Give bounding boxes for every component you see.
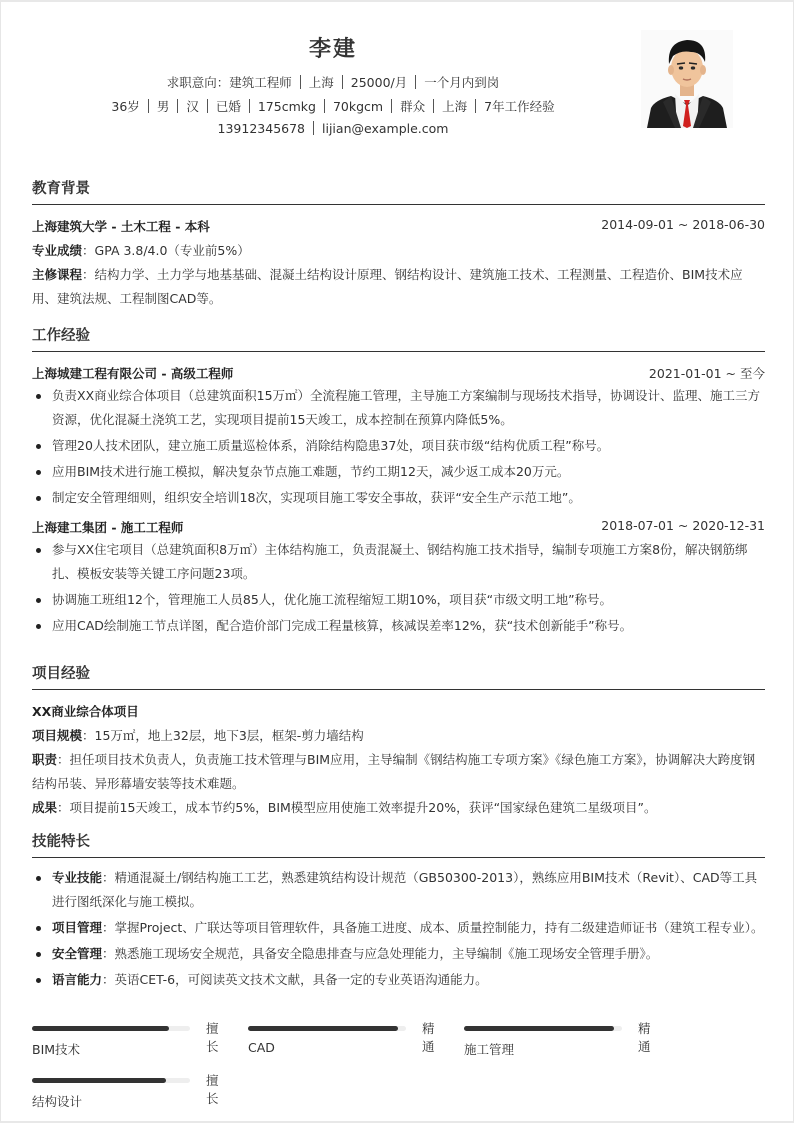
education-section: 教育背景 上海建筑大学 - 土木工程 - 本科 2014-09-01 ~ 201…	[32, 177, 765, 311]
skill-text: ：掌握Project、广联达等项目管理软件，具备施工进度、成本、质量控制能力，持…	[102, 920, 764, 935]
job-intention-line: 求职意向：建筑工程师上海25000/月一个月内到岗	[1, 73, 665, 91]
work-section: 工作经验 上海城建工程有限公司 - 高级工程师 2021-01-01 ~ 至今 …	[32, 324, 765, 640]
project-scale-line: 项目规模：15万㎡，地上32层，地下3层，框架-剪力墙结构	[32, 724, 765, 748]
divider	[207, 99, 208, 113]
age: 36岁	[111, 99, 139, 114]
skill-level: 擅长	[206, 1019, 227, 1055]
job-city: 上海	[309, 75, 334, 90]
skill-text: ：熟悉施工现场安全规范，具备安全隐患排查与应急处理能力，主导编制《施工现场安全管…	[102, 946, 658, 961]
project-result-value: ：项目提前15天竣工，成本节约5%，BIM模型应用使施工效率提升20%，获评“国…	[57, 800, 657, 815]
skill-bar-fill	[248, 1026, 398, 1031]
residence: 上海	[442, 99, 467, 114]
skills-section: 技能特长 专业技能：精通混凝土/钢结构施工工艺，熟悉建筑结构设计规范（GB503…	[32, 830, 765, 994]
list-item: 负责XX商业综合体项目（总建筑面积15万㎡）全流程施工管理，主导施工方案编制与现…	[32, 384, 765, 432]
skill-level: 擅长	[206, 1071, 227, 1107]
divider	[342, 75, 343, 89]
skill-name: CAD	[248, 1040, 275, 1055]
list-item: 语言能力：英语CET-6，可阅读英文技术文献，具备一定的专业英语沟通能力。	[32, 968, 765, 992]
job-intention: 求职意向：建筑工程师	[167, 75, 292, 90]
gpa-value: ：GPA 3.8/4.0（专业前5%）	[82, 243, 250, 258]
resume-page: 李建 求职意向：建筑工程师上海25000/月一个月内到岗 36岁男汉已婚175c…	[0, 0, 794, 1123]
gpa-line: 专业成绩：GPA 3.8/4.0（专业前5%）	[32, 239, 765, 263]
skill-level-item: 精通 CAD	[248, 1019, 443, 1067]
list-item: 管理20人技术团队，建立施工质量巡检体系，消除结构隐患37处，项目获市级“结构优…	[32, 434, 765, 458]
project-duty-label: 职责	[32, 752, 57, 767]
expected-salary: 25000/月	[351, 75, 407, 90]
list-item: 应用BIM技术进行施工模拟，解决复杂节点施工难题，节约工期12天，减少返工成本2…	[32, 460, 765, 484]
skill-bar-fill	[464, 1026, 614, 1031]
divider	[415, 75, 416, 89]
gpa-label: 专业成绩	[32, 243, 82, 258]
courses-label: 主修课程	[32, 267, 82, 282]
divider	[391, 99, 392, 113]
divider	[313, 121, 314, 135]
skill-bar	[248, 1026, 406, 1031]
phone: 13912345678	[218, 121, 305, 136]
divider	[475, 99, 476, 113]
height: 175cmkg	[258, 99, 316, 114]
divider	[433, 99, 434, 113]
skill-label: 专业技能	[52, 870, 102, 885]
skill-text: ：英语CET-6，可阅读英文技术文献，具备一定的专业英语沟通能力。	[102, 972, 488, 987]
personal-info-line: 36岁男汉已婚175cmkg70kgcm群众上海7年工作经验	[1, 97, 665, 115]
list-item: 参与XX住宅项目（总建筑面积8万㎡）主体结构施工，负责混凝土、钢结构施工技术指导…	[32, 538, 765, 586]
section-title-education: 教育背景	[32, 177, 765, 205]
avatar	[641, 30, 733, 128]
skill-label: 安全管理	[52, 946, 102, 961]
gender: 男	[157, 99, 170, 114]
marital-status: 已婚	[216, 99, 241, 114]
divider	[148, 99, 149, 113]
job-company-title: 上海建工集团 - 施工工程师	[32, 518, 183, 536]
skill-bar	[32, 1026, 190, 1031]
courses-line: 主修课程：结构力学、土力学与地基基础、混凝土结构设计原理、钢结构设计、建筑施工技…	[32, 263, 765, 311]
job-date: 2018-07-01 ~ 2020-12-31	[601, 518, 765, 536]
skill-level-item: 擅长 BIM技术	[32, 1019, 227, 1067]
skill-level-item: 擅长 结构设计	[32, 1071, 227, 1119]
skill-bar-fill	[32, 1026, 169, 1031]
skills-bullets: 专业技能：精通混凝土/钢结构施工工艺，熟悉建筑结构设计规范（GB50300-20…	[32, 866, 765, 992]
skill-name: 施工管理	[464, 1040, 514, 1058]
project-name: XX商业综合体项目	[32, 702, 139, 720]
avatar-photo-icon	[641, 30, 733, 128]
school-major-degree: 上海建筑大学 - 土木工程 - 本科	[32, 217, 210, 235]
skill-label: 语言能力	[52, 972, 102, 987]
skill-label: 项目管理	[52, 920, 102, 935]
skill-level-item: 精通 施工管理	[464, 1019, 659, 1067]
skill-bar-fill	[32, 1078, 166, 1083]
ethnicity: 汉	[186, 99, 199, 114]
job-header: 上海建工集团 - 施工工程师 2018-07-01 ~ 2020-12-31	[32, 518, 765, 536]
courses-value: ：结构力学、土力学与地基基础、混凝土结构设计原理、钢结构设计、建筑施工技术、工程…	[32, 267, 743, 306]
project-duty-value: ：担任项目技术负责人，负责施工技术管理与BIM应用，主导编制《钢结构施工专项方案…	[32, 752, 755, 791]
work-years: 7年工作经验	[484, 99, 554, 114]
list-item: 专业技能：精通混凝土/钢结构施工工艺，熟悉建筑结构设计规范（GB50300-20…	[32, 866, 765, 914]
job-company-title: 上海城建工程有限公司 - 高级工程师	[32, 364, 233, 382]
job-header: 上海城建工程有限公司 - 高级工程师 2021-01-01 ~ 至今	[32, 364, 765, 382]
section-title-projects: 项目经验	[32, 662, 765, 690]
contact-line: 13912345678lijian@example.com	[1, 121, 665, 136]
project-scale-label: 项目规模	[32, 728, 82, 743]
section-title-skills: 技能特长	[32, 830, 765, 858]
education-date: 2014-09-01 ~ 2018-06-30	[601, 217, 765, 235]
resume-header: 李建 求职意向：建筑工程师上海25000/月一个月内到岗 36岁男汉已婚175c…	[1, 2, 794, 152]
skill-bar	[464, 1026, 622, 1031]
list-item: 应用CAD绘制施工节点详图，配合造价部门完成工程量核算，核减误差率12%，获“技…	[32, 614, 765, 638]
divider	[300, 75, 301, 89]
skill-bar	[32, 1078, 190, 1083]
weight: 70kgcm	[333, 99, 383, 114]
project-duty-line: 职责：担任项目技术负责人，负责施工技术管理与BIM应用，主导编制《钢结构施工专项…	[32, 748, 765, 796]
list-item: 制定安全管理细则，组织安全培训18次，实现项目施工零安全事故，获评“安全生产示范…	[32, 486, 765, 510]
skill-level: 精通	[422, 1019, 443, 1055]
email[interactable]: lijian@example.com	[322, 121, 448, 136]
skill-name: BIM技术	[32, 1040, 80, 1058]
candidate-name: 李建	[1, 32, 665, 63]
job-bullets: 负责XX商业综合体项目（总建筑面积15万㎡）全流程施工管理，主导施工方案编制与现…	[32, 384, 765, 510]
availability: 一个月内到岗	[424, 75, 499, 90]
skill-text: ：精通混凝土/钢结构施工工艺，熟悉建筑结构设计规范（GB50300-2013），…	[52, 870, 757, 909]
list-item: 项目管理：掌握Project、广联达等项目管理软件，具备施工进度、成本、质量控制…	[32, 916, 765, 940]
political-status: 群众	[400, 99, 425, 114]
divider	[249, 99, 250, 113]
section-title-work: 工作经验	[32, 324, 765, 352]
skill-level: 精通	[638, 1019, 659, 1055]
divider	[177, 99, 178, 113]
projects-section: 项目经验 XX商业综合体项目 项目规模：15万㎡，地上32层，地下3层，框架-剪…	[32, 662, 765, 820]
job-date: 2021-01-01 ~ 至今	[649, 364, 765, 382]
project-result-line: 成果：项目提前15天竣工，成本节约5%，BIM模型应用使施工效率提升20%，获评…	[32, 796, 765, 820]
project-header: XX商业综合体项目	[32, 702, 765, 720]
job-bullets: 参与XX住宅项目（总建筑面积8万㎡）主体结构施工，负责混凝土、钢结构施工技术指导…	[32, 538, 765, 638]
project-scale-value: ：15万㎡，地上32层，地下3层，框架-剪力墙结构	[82, 728, 364, 743]
education-entry-header: 上海建筑大学 - 土木工程 - 本科 2014-09-01 ~ 2018-06-…	[32, 217, 765, 235]
list-item: 安全管理：熟悉施工现场安全规范，具备安全隐患排查与应急处理能力，主导编制《施工现…	[32, 942, 765, 966]
skill-name: 结构设计	[32, 1092, 82, 1110]
divider	[324, 99, 325, 113]
list-item: 协调施工班组12个，管理施工人员85人，优化施工流程缩短工期10%，项目获“市级…	[32, 588, 765, 612]
project-result-label: 成果	[32, 800, 57, 815]
